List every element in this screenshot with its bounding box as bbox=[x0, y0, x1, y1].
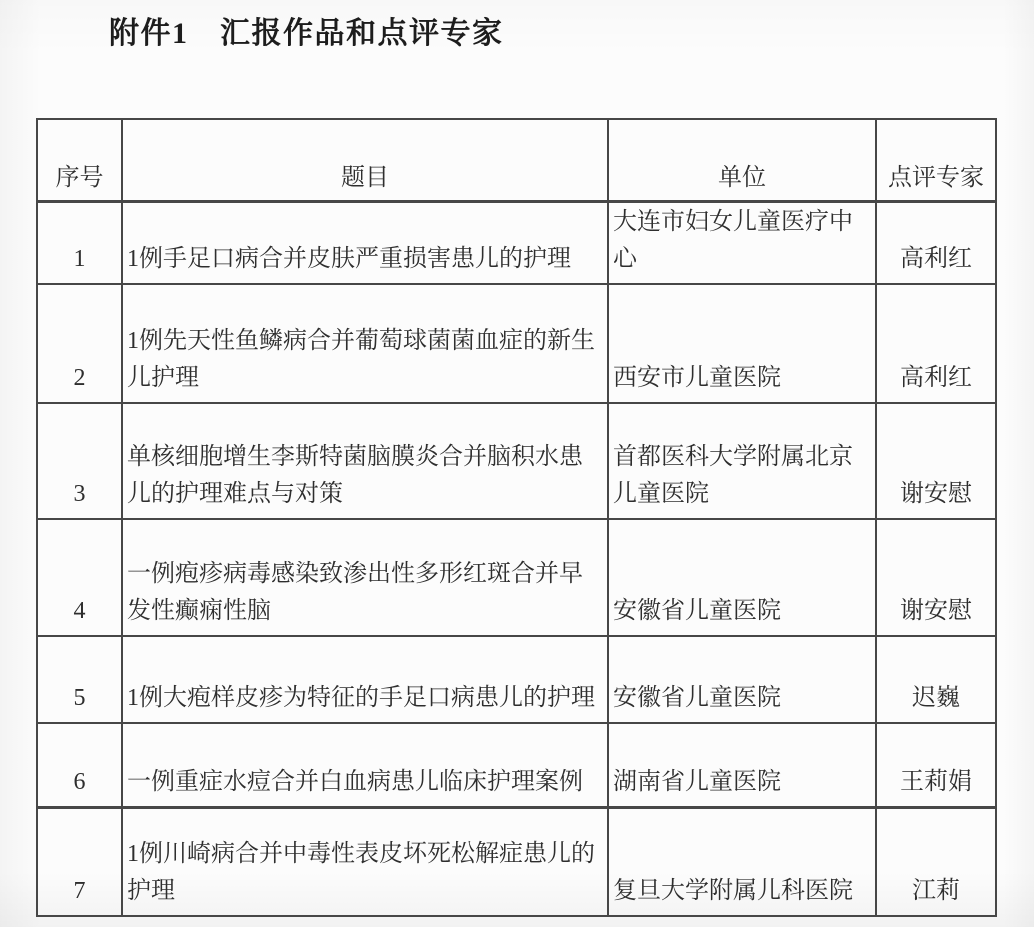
cell-no: 6 bbox=[37, 723, 122, 807]
table-row: 2 1例先天性鱼鳞病合并葡萄球菌菌血症的新生儿护理 西安市儿童医院 高利红 bbox=[37, 284, 996, 403]
cell-unit: 湖南省儿童医院 bbox=[608, 723, 876, 807]
header-cell-no: 序号 bbox=[37, 119, 122, 201]
cell-expert: 迟巍 bbox=[876, 636, 996, 723]
cell-title: 1例大疱样皮疹为特征的手足口病患儿的护理 bbox=[122, 636, 608, 723]
cell-unit: 西安市儿童医院 bbox=[608, 284, 876, 403]
cell-expert: 谢安慰 bbox=[876, 403, 996, 519]
cell-title: 一例重症水痘合并白血病患儿临床护理案例 bbox=[122, 723, 608, 807]
cell-no: 3 bbox=[37, 403, 122, 519]
table-row: 5 1例大疱样皮疹为特征的手足口病患儿的护理 安徽省儿童医院 迟巍 bbox=[37, 636, 996, 723]
report-table: 序号 题目 单位 点评专家 1 1例手足口病合并皮肤严重损害患儿的护理 大连市妇… bbox=[36, 118, 997, 917]
cell-no: 4 bbox=[37, 519, 122, 636]
cell-no: 5 bbox=[37, 636, 122, 723]
table-row: 1 1例手足口病合并皮肤严重损害患儿的护理 大连市妇女儿童医疗中心 高利红 bbox=[37, 201, 996, 284]
header-row: 序号 题目 单位 点评专家 bbox=[37, 119, 996, 201]
cell-unit: 安徽省儿童医院 bbox=[608, 519, 876, 636]
cell-expert: 江莉 bbox=[876, 807, 996, 916]
cell-expert: 王莉娟 bbox=[876, 723, 996, 807]
cell-unit: 大连市妇女儿童医疗中心 bbox=[608, 201, 876, 284]
cell-title: 1例先天性鱼鳞病合并葡萄球菌菌血症的新生儿护理 bbox=[122, 284, 608, 403]
cell-title: 单核细胞增生李斯特菌脑膜炎合并脑积水患儿的护理难点与对策 bbox=[122, 403, 608, 519]
table-row: 3 单核细胞增生李斯特菌脑膜炎合并脑积水患儿的护理难点与对策 首都医科大学附属北… bbox=[37, 403, 996, 519]
cell-unit: 首都医科大学附属北京儿童医院 bbox=[608, 403, 876, 519]
cell-title: 一例疱疹病毒感染致渗出性多形红斑合并早发性癫痫性脑 bbox=[122, 519, 608, 636]
table-row: 7 1例川崎病合并中毒性表皮坏死松解症患儿的护理 复旦大学附属儿科医院 江莉 bbox=[37, 807, 996, 916]
cell-expert: 高利红 bbox=[876, 201, 996, 284]
header-cell-title: 题目 bbox=[122, 119, 608, 201]
cell-no: 1 bbox=[37, 201, 122, 284]
cell-title: 1例川崎病合并中毒性表皮坏死松解症患儿的护理 bbox=[122, 807, 608, 916]
table-row: 4 一例疱疹病毒感染致渗出性多形红斑合并早发性癫痫性脑 安徽省儿童医院 谢安慰 bbox=[37, 519, 996, 636]
cell-expert: 高利红 bbox=[876, 284, 996, 403]
cell-no: 7 bbox=[37, 807, 122, 916]
cell-unit: 复旦大学附属儿科医院 bbox=[608, 807, 876, 916]
cell-no: 2 bbox=[37, 284, 122, 403]
cell-title: 1例手足口病合并皮肤严重损害患儿的护理 bbox=[122, 201, 608, 284]
page-title: 附件1 汇报作品和点评专家 bbox=[109, 8, 504, 52]
table-row: 6 一例重症水痘合并白血病患儿临床护理案例 湖南省儿童医院 王莉娟 bbox=[37, 723, 996, 807]
header-cell-expert: 点评专家 bbox=[876, 119, 996, 201]
cell-unit: 安徽省儿童医院 bbox=[608, 636, 876, 723]
cell-expert: 谢安慰 bbox=[876, 519, 996, 636]
header-cell-unit: 单位 bbox=[608, 119, 876, 201]
